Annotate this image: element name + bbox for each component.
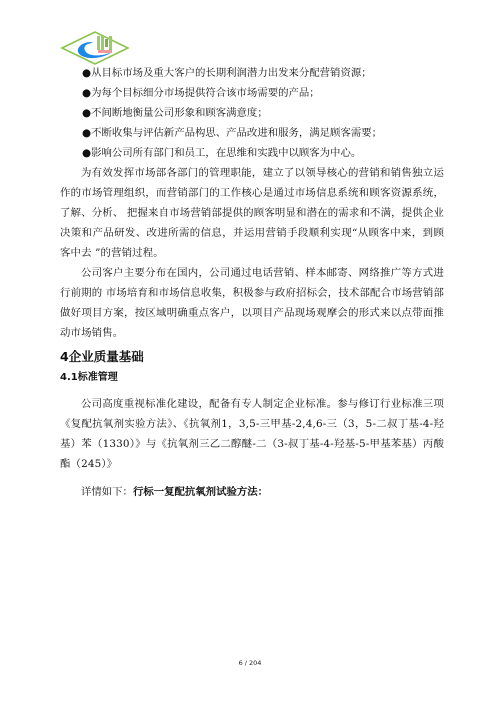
page-number: 6 / 204 <box>0 659 500 667</box>
bullet-item: ●不间断地衡量公司形象和顾客满意度； <box>60 103 444 123</box>
logo-icon <box>60 30 130 66</box>
detail-line: 详情如下：行标一复配抗氧剂试验方法： <box>60 482 444 502</box>
paragraph-standards: 公司高度重视标准化建设，配备有专人制定企业标准。参与修订行业标准三项《复配抗氧剂… <box>60 394 444 474</box>
bullet-item: ●从目标市场及重大客户的长期利润潜力出发来分配营销资源； <box>60 63 444 83</box>
document-body: ●从目标市场及重大客户的长期利润潜力出发来分配营销资源； ●为每个目标细分市场提… <box>60 63 444 512</box>
bullet-item: ●不断收集与评估新产品构思、产品改进和服务，满足顾客需要； <box>60 123 444 143</box>
detail-standard-title: 行标一复配抗氧剂试验方法： <box>133 486 268 498</box>
detail-prefix: 详情如下： <box>81 486 133 498</box>
subsection-heading: 4.1标准管理 <box>60 368 444 388</box>
company-logo <box>60 30 130 66</box>
paragraph-customer-distribution: 公司客户主要分布在国内，公司通过电话营销、样本邮寄、网络推广等方式进行前期的 市… <box>60 263 444 343</box>
paragraph-marketing-organization: 为有效发挥市场部各部门的管理职能，建立了以领导核心的营销和销售独立运作的市场管理… <box>60 163 444 263</box>
section-heading: 4企业质量基础 <box>60 346 444 368</box>
bullet-item: ●为每个目标细分市场提供符合该市场需要的产品； <box>60 83 444 103</box>
bullet-item: ●影响公司所有部门和员工，在思维和实践中以顾客为中心。 <box>60 143 444 163</box>
